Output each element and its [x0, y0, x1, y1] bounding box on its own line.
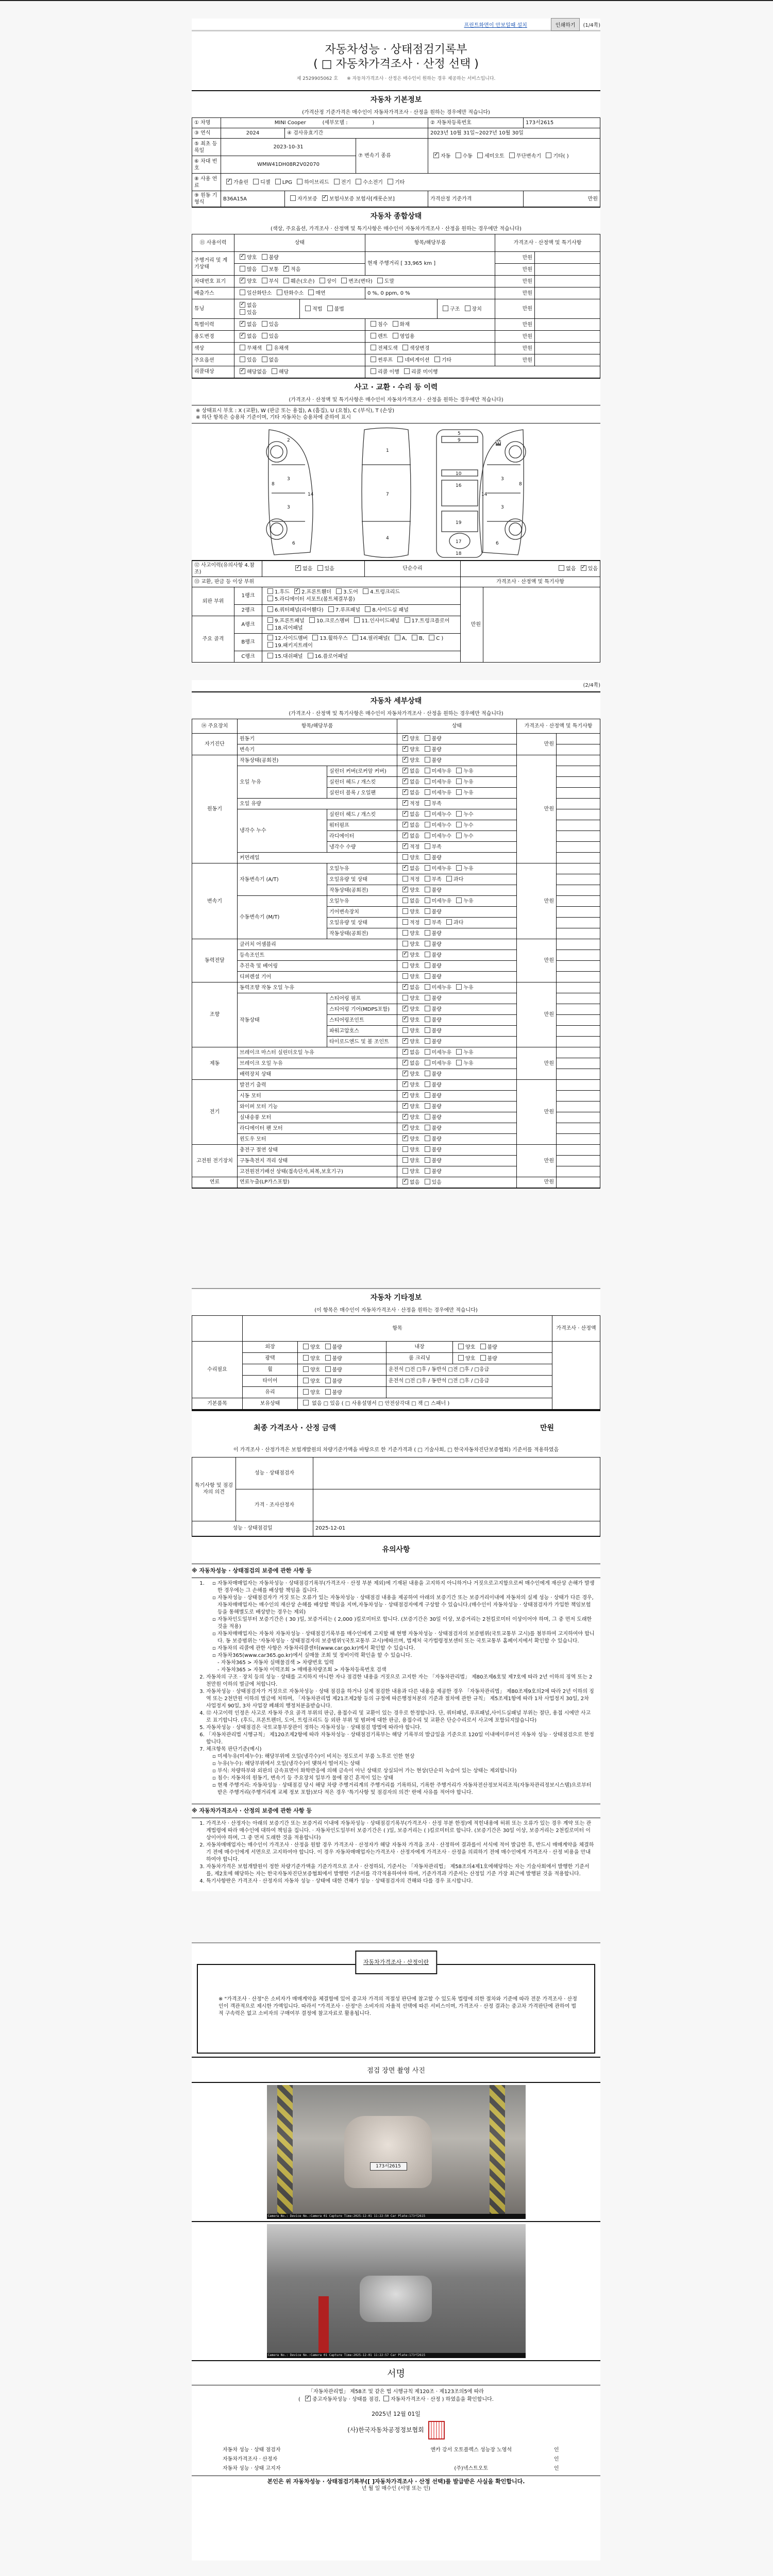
- label-recall: 리콜대상: [192, 366, 234, 378]
- detail-row: 원동기작동상태(공회전)양호 불량 만원: [192, 755, 600, 766]
- option: 누수: [453, 834, 473, 839]
- checkbox-icon: [336, 588, 342, 594]
- option: 불량: [422, 758, 442, 764]
- status-options: 없음 미세누유 누유: [397, 1047, 517, 1058]
- option: 매연: [305, 291, 325, 296]
- mileage-amount-options: 많음 보통 적음: [234, 264, 365, 276]
- option: 유채색: [263, 346, 289, 351]
- option: 적정: [399, 920, 419, 926]
- other-row: 타이어양호 불량 운전석 □전 □후 / 동반석 □전 □후 / □응급: [192, 1376, 600, 1387]
- checkbox-icon: [297, 179, 303, 184]
- checkbox-icon: [303, 1378, 309, 1383]
- checkbox-icon: [425, 789, 430, 795]
- label-first-reg: ⑤ 최초 등록일: [192, 139, 221, 156]
- subpart-label: 작동상태(공회전): [327, 928, 397, 939]
- subpart-label: 작동상태(공회전): [327, 885, 397, 896]
- status-options: 없음 미세누유 누유: [397, 982, 517, 993]
- part-label: 원동기: [238, 734, 397, 744]
- label-usage-change: 용도변경: [192, 331, 234, 343]
- status-options: 없음 미세누유 누유: [397, 896, 517, 907]
- checkbox-icon: [402, 995, 408, 1001]
- checkbox-icon: [402, 1103, 408, 1109]
- legend-line-2: ※ 하단 항목은 승용차 기준이며, 기타 자동차는 승용차에 준하여 표시: [196, 414, 596, 421]
- part-label: 충전구 절연 상태: [238, 1145, 397, 1156]
- print-toolbar: 프린트화면이 안보일때 설치 인쇄하기 (1/4쪽): [192, 19, 600, 30]
- status-options: 양호 불량: [397, 928, 517, 939]
- recall-items: 리콜 이행 리콜 미이행: [365, 366, 600, 378]
- header-price: 가격조사 · 산정액 및 특기사항: [517, 719, 600, 734]
- status-options: 양호 불량: [397, 734, 517, 744]
- label-inspection-date: 성능 · 상태점검일: [192, 1521, 313, 1536]
- status-options: 양호 불량: [397, 744, 517, 755]
- checkbox-icon: [425, 897, 430, 903]
- checkbox-icon: [303, 1389, 309, 1395]
- option: 부식: [259, 279, 279, 284]
- option: 훼손(오손): [280, 279, 314, 284]
- transmission-options: 자동 수동 세미오토 무단변속기 기타( ): [428, 139, 600, 174]
- checkbox-icon: [425, 1125, 430, 1130]
- header-status: 상태: [397, 719, 517, 734]
- checkbox-icon: [402, 962, 408, 968]
- car-name-value: MINI Cooper: [275, 120, 306, 126]
- signature-title: 서명: [192, 2361, 600, 2385]
- checkbox-icon: [402, 973, 408, 979]
- label-color: 색상: [192, 343, 234, 354]
- label-special-history: 특별이력: [192, 319, 234, 331]
- option: 불량: [259, 255, 279, 261]
- checkbox-icon: [402, 908, 408, 914]
- option: 양호: [399, 1169, 419, 1175]
- option: 불량: [422, 1147, 442, 1153]
- option: 세미오토: [474, 154, 505, 159]
- header-item: 항목: [243, 1316, 552, 1342]
- option: 양호: [399, 758, 419, 764]
- checkbox-icon: [456, 865, 462, 871]
- part-label: 윈도우 모터: [238, 1134, 397, 1145]
- detail-table: ⑭ 주요장치 항목/해당부품 상태 가격조사 · 산정액 및 특기사항 자기진단…: [192, 719, 600, 1189]
- warranty-options: 자가보증 보험사보증 보험사[캐롯손보]: [285, 191, 428, 208]
- status-options: 적정 부족: [397, 799, 517, 809]
- part-label: 라디에이터 팬 모터: [238, 1123, 397, 1134]
- print-install-link[interactable]: 프린트화면이 안보일때 설치: [464, 21, 527, 28]
- checkbox-icon: [402, 1157, 408, 1163]
- option: 불량: [322, 1367, 342, 1373]
- part-label: 냉각수 누수: [238, 809, 327, 853]
- checkbox-icon: [402, 843, 408, 849]
- option: 없음: [399, 899, 419, 904]
- option: 불량: [422, 942, 442, 947]
- subpart-label: 실린더 블록 / 오일팬: [327, 788, 397, 799]
- device-group-label: 동력전달: [192, 939, 238, 982]
- checkbox-icon: [240, 321, 245, 327]
- option: 양호: [455, 1345, 475, 1350]
- checkbox-icon: [402, 897, 408, 903]
- svg-text:8: 8: [272, 482, 275, 487]
- notes-section: ※ 자동차성능 · 상태점검의 보증에 관한 사항 등 자동차매매업자는 자동차…: [192, 1562, 600, 1891]
- official-seal-icon: [428, 2421, 445, 2439]
- option: 없음: [399, 823, 419, 828]
- option: 19.패키지트레이: [264, 643, 313, 649]
- option: 불량: [422, 1093, 442, 1099]
- checkbox-icon: [433, 152, 439, 158]
- engine-type-value: B36A15A: [223, 196, 247, 202]
- checkbox-icon: [352, 635, 358, 640]
- note-item: 「자동차관리법 시행규칙」 제120조제2항에 따라 자동차성능 · 상태점검기…: [206, 1732, 595, 1746]
- status-options: 양호 불량: [397, 1091, 517, 1101]
- note-item: 자동차성능 · 상태점검은 국토교통부장관이 정하는 자동차성능 · 상태점검 …: [206, 1724, 595, 1732]
- checkbox-icon: [402, 768, 408, 773]
- recall-options: 해당없음 해당: [234, 366, 365, 378]
- option: 14.필러패널(: [349, 636, 390, 641]
- checkbox-icon: [275, 179, 281, 184]
- option: 양호: [300, 1367, 320, 1373]
- tuning-type-options: 구조 장치: [438, 299, 495, 319]
- checkbox-icon: [425, 822, 430, 827]
- notes-heading-2: ※ 자동차가격조사 · 산정의 보증에 관한 사항 등: [192, 1804, 600, 1818]
- option: 양호: [399, 1007, 419, 1012]
- definition-title: 자동차가격조사 · 산정이란: [355, 1951, 437, 1974]
- rank-group-label: 주요 골격: [192, 616, 234, 662]
- price-unit: 만원: [495, 287, 535, 299]
- option: 불량: [422, 1082, 442, 1088]
- checkbox-icon: [429, 635, 434, 640]
- checkbox-icon: [240, 254, 245, 260]
- option: 미세누수: [422, 834, 452, 839]
- price-unit: 만원: [495, 331, 535, 343]
- option: 양호: [455, 1356, 475, 1362]
- checkbox-icon: [480, 1355, 486, 1361]
- detail-row: 변속기자동변속기 (A/T)오일누유없음 미세누유 누유 만원: [192, 863, 600, 874]
- checkbox-icon: [262, 357, 267, 362]
- option: C ): [426, 636, 443, 641]
- simple-repair-options: 없음 있음: [461, 561, 600, 577]
- label-vin-mark: 차대번호 표기: [192, 276, 234, 287]
- option: 미세누유: [422, 899, 452, 904]
- option: 하이브리드: [294, 180, 329, 185]
- notes-title: 유의사항: [192, 1537, 600, 1562]
- notes-heading-1: ※ 자동차성능 · 상태점검의 보증에 관한 사항 등: [192, 1564, 600, 1578]
- label-engine-type: ⑨ 원동 기형식: [192, 191, 221, 208]
- option: 해당없음: [237, 369, 267, 375]
- checkbox-icon: [262, 321, 267, 327]
- option: 불량: [422, 1007, 442, 1012]
- label-inspector: 성능 · 상태점검자: [236, 1457, 313, 1489]
- main-options-state: 있음 없음: [234, 354, 365, 366]
- signer-name: 엔카 강서 오토플렉스 성능장 노영석: [389, 2446, 554, 2455]
- option: 없음: [237, 322, 257, 328]
- option: 18.리어패널: [264, 625, 303, 631]
- option: 양호: [399, 1126, 419, 1131]
- special-history-options: 없음 있음: [234, 319, 365, 331]
- checkbox-inspection: [305, 2396, 311, 2401]
- part-label: 브레이크 오일 누유: [238, 1058, 397, 1069]
- status-options: 양호 불량: [397, 907, 517, 918]
- option: 보통: [259, 267, 279, 273]
- checkbox-icon: [322, 195, 328, 201]
- checkbox-icon: [371, 333, 376, 338]
- option: 불량: [422, 1115, 442, 1121]
- option: 화재: [390, 322, 410, 328]
- checkbox-icon: [402, 984, 408, 990]
- label-emission: 배출가스: [192, 287, 234, 299]
- checkbox-icon: [402, 811, 408, 817]
- option: 불량: [422, 747, 442, 753]
- option: 2.프론트휀더: [291, 589, 331, 595]
- checkbox-icon: [425, 1081, 430, 1087]
- option: 불량: [422, 953, 442, 958]
- svg-text:3: 3: [501, 477, 504, 482]
- price-note-item: 자동차가격은 보험개발원이 정한 차량기준가액을 기준가격으로 조사 · 산정하…: [206, 1863, 595, 1878]
- option: 있음: [237, 310, 257, 316]
- checkbox-icon: [581, 565, 586, 571]
- other-row: 수리필요외장양호 불량 내장양호 불량: [192, 1342, 600, 1353]
- part-label: 구동축전지 격리 상태: [238, 1156, 397, 1166]
- other-item-label: 내장: [386, 1342, 453, 1353]
- checkbox-icon: [425, 995, 430, 1001]
- subpart-label: 오일유량 및 상태: [327, 874, 397, 885]
- label-mileage: 주행거리 및 계기상태: [192, 252, 234, 276]
- option: 렌트: [367, 334, 388, 340]
- label-abnormal-parts: ⑬ 교환, 판금 등 이상 부위: [192, 577, 461, 587]
- option: 전체도색: [367, 346, 398, 351]
- option: 미세누유: [422, 866, 452, 872]
- option: 있음: [422, 1180, 442, 1185]
- option: 해당: [268, 369, 289, 375]
- checkbox-icon: [425, 1060, 430, 1065]
- checkbox-icon: [402, 1049, 408, 1055]
- checkbox-icon: [425, 1071, 430, 1076]
- rank-label: B랭크: [234, 633, 262, 651]
- option: 양호: [399, 1082, 419, 1088]
- option: 불량: [477, 1345, 497, 1350]
- checkbox-icon: [267, 606, 273, 612]
- svg-text:9: 9: [458, 438, 461, 443]
- checkbox-icon: [458, 1355, 464, 1361]
- rank-label: A랭크: [234, 616, 262, 633]
- doc-number: 제 2529905062 호: [297, 76, 338, 81]
- checkbox-icon: [425, 1092, 430, 1098]
- emission-options: 일산화탄소 탄화수소 매연: [234, 287, 365, 299]
- detail-row: 전기발전기 출력양호 불량 만원: [192, 1080, 600, 1091]
- checkbox-icon: [267, 642, 273, 648]
- checkbox-icon: [425, 1038, 430, 1044]
- other-row: 유리양호 불량: [192, 1387, 600, 1398]
- option: 불량: [422, 1039, 442, 1045]
- header-usage-history: ⑪ 사용이력: [192, 234, 234, 252]
- option: 적정: [399, 801, 419, 807]
- option: 양호: [399, 909, 419, 915]
- svg-text:17: 17: [456, 539, 461, 545]
- checkbox-icon: [425, 833, 430, 838]
- detail-row: 동력전달클러치 어셈블리양호 불량 만원: [192, 939, 600, 950]
- checkbox-icon: [305, 306, 311, 311]
- svg-text:14: 14: [481, 492, 488, 497]
- year-value: 2024: [221, 128, 285, 139]
- checkbox-icon: [402, 345, 408, 350]
- option: 불량: [422, 974, 442, 980]
- option: 양호: [399, 963, 419, 969]
- checkbox-icon: [266, 345, 272, 350]
- checkbox-icon: [303, 1344, 309, 1349]
- checkbox-icon: [443, 306, 448, 311]
- checkbox-icon: [327, 306, 333, 311]
- checkbox-icon: [363, 588, 368, 594]
- checkbox-icon: [425, 1049, 430, 1055]
- mileage-condition-options: 양호 불량: [234, 252, 365, 264]
- signer-role: 자동차 성능 · 상태 점검자: [223, 2446, 389, 2455]
- option: 불량: [422, 1028, 442, 1034]
- svg-text:4: 4: [386, 536, 389, 541]
- subpart-label: 실린더 커버(로커암 커버): [327, 766, 397, 777]
- seal-mark: 인: [554, 2464, 569, 2473]
- signer-role: 자동차가격조사 · 산정자: [223, 2455, 389, 2464]
- option: 영업용: [390, 334, 415, 340]
- part-label: 브레이크 마스터 실린더오일 누유: [238, 1047, 397, 1058]
- checkbox-icon: [425, 919, 430, 925]
- option: 양호: [237, 279, 257, 284]
- option: 없음: [399, 866, 419, 872]
- header-price: 가격조사 · 산정액 및 특기사항: [495, 234, 600, 252]
- detail-model-label: (세부모델 :: [323, 120, 348, 126]
- option: 누유: [453, 790, 473, 796]
- checkbox-icon: [262, 278, 267, 283]
- option: 불량: [422, 1072, 442, 1077]
- tuning-legal-options: 적법 불법: [300, 299, 438, 319]
- label-car-name: ① 차명: [192, 118, 221, 128]
- option: 7.루프패널: [325, 607, 360, 613]
- option: 9.프론트패널: [264, 618, 305, 624]
- option: 변조(변타): [338, 279, 372, 284]
- checkbox-icon: [402, 789, 408, 795]
- status-options: 양호 불량: [397, 961, 517, 972]
- option: 11.인사이드패널: [351, 618, 399, 624]
- note-bullet: 자동차매매업자는 자동차성능 · 상태점검기록부(가격조사 · 산정 부분 제외…: [217, 1580, 595, 1595]
- device-group-label: 제동: [192, 1047, 238, 1080]
- checkbox-icon: [402, 746, 408, 752]
- subpart-label: 파워고압호스: [327, 1026, 397, 1037]
- doc-subtitle: ( □ 자동차가격조사 · 산정 선택 ): [192, 57, 600, 72]
- option: 불법: [324, 307, 344, 312]
- checkbox-icon: [402, 1027, 408, 1033]
- checkbox-icon: [402, 1006, 408, 1011]
- subpart-label: 오일누유: [327, 863, 397, 874]
- label-reg-no: ② 자동차등록번호: [428, 118, 524, 128]
- checkbox-icon: [402, 941, 408, 946]
- checkbox-icon: [317, 565, 323, 571]
- checkbox-icon: [240, 357, 245, 362]
- option: 적정: [399, 844, 419, 850]
- label-main-options: 주요옵션: [192, 354, 234, 366]
- checkbox-icon: [402, 1038, 408, 1044]
- note-item: ⑫ 사고이력 인정은 사고로 자동차 주요 골격 부위의 판금, 용접수리 및 …: [206, 1710, 595, 1724]
- checkbox-icon: [277, 290, 282, 295]
- checkbox-icon: [456, 778, 462, 784]
- checkbox-icon: [309, 617, 315, 623]
- option: 불량: [477, 1356, 497, 1362]
- other-info-table: 항목 가격조사 · 산정액 수리필요외장양호 불량 내장양호 불량 광택양호 불…: [192, 1315, 600, 1410]
- option: 기타( ): [543, 154, 568, 159]
- checkbox-icon: [262, 333, 267, 338]
- status-options: 양호 불량: [397, 993, 517, 1004]
- rank-row: 외판 부위1랭크1.후드 2.프론트휀더 3.도어 4.트렁크리드 5.라디에이…: [192, 587, 600, 604]
- checkbox-icon: [303, 1400, 309, 1405]
- option: 없음: [556, 566, 576, 572]
- option: 리콜 이행: [367, 369, 399, 375]
- note-bullet: 자동차매매업자는 자동차 자동차성능 · 상태점검기록부를 매수인에게 고지할 …: [217, 1631, 595, 1645]
- checkbox-icon: [240, 368, 245, 374]
- status-options: 양호 불량: [397, 1134, 517, 1145]
- part-label: 발전기 출력: [238, 1080, 397, 1091]
- checkbox-icon: [308, 653, 313, 658]
- subpart-label: 오일유량 및 상태: [327, 918, 397, 928]
- header-accident-price: 가격조사 · 산정액 및 특기사항: [461, 577, 600, 587]
- option: 없음: [237, 303, 257, 309]
- checkbox-icon: [240, 278, 245, 283]
- vin-mark-options: 양호 부식 훼손(오손) 상이 변조(변타) 도말: [234, 276, 495, 287]
- status-options: 양호 불량: [397, 1037, 517, 1047]
- status-options: 적정 부족: [397, 842, 517, 853]
- price-unit: 만원: [517, 734, 557, 755]
- checkbox-icon: [425, 984, 430, 990]
- criteria-item: 침수: 자동차의 원동기, 변속기 등 주요장치 일부가 물에 잠긴 흔적이 있…: [217, 1775, 595, 1782]
- checkbox-icon: [240, 290, 245, 295]
- price-unit: 만원: [517, 939, 557, 982]
- checkbox-icon: [425, 854, 430, 860]
- option: 양호: [399, 1115, 419, 1121]
- checkbox-icon: [477, 152, 483, 158]
- header-status: 상태: [234, 234, 365, 252]
- option: 누유: [453, 769, 473, 774]
- option: 양호: [399, 855, 419, 861]
- option: 과다: [443, 877, 463, 883]
- checkbox-icon: [262, 266, 267, 272]
- checkbox-icon: [425, 800, 430, 806]
- status-options: 양호 불량: [397, 1156, 517, 1166]
- option: 수소전기: [352, 180, 383, 185]
- checkbox-icon: [283, 266, 289, 272]
- print-button[interactable]: 인쇄하기: [551, 18, 580, 31]
- checkbox-icon: [425, 1006, 430, 1011]
- status-options: 없음 미세누수 누수: [397, 820, 517, 831]
- status-options: 양호 불량: [397, 755, 517, 766]
- price-unit: 만원: [495, 276, 535, 287]
- checkbox-icon: [425, 1103, 430, 1109]
- status-options: 양호 불량: [397, 1112, 517, 1123]
- checkbox-icon: [325, 1378, 331, 1383]
- option: 부족: [422, 844, 442, 850]
- checkbox-icon: [509, 152, 515, 158]
- checkbox-icon: [402, 854, 408, 860]
- label-repair-needed: 수리필요: [192, 1342, 243, 1398]
- option: A,: [392, 636, 407, 641]
- subpart-label: 스티어링 펌프: [327, 993, 397, 1004]
- part-label: 오일 누유: [238, 766, 327, 799]
- checkbox-icon: [393, 333, 398, 338]
- plate-image: 173서2615: [370, 2162, 407, 2171]
- option: 13.휠하우스: [309, 636, 348, 641]
- part-label: 수동변속기 (M/T): [238, 896, 327, 939]
- status-options: 양호 불량: [397, 1166, 517, 1177]
- photos-title: 점검 장면 촬영 사진: [192, 2057, 600, 2083]
- checkbox-icon: [341, 278, 347, 283]
- confirm-inspection-label: 중고자동차성능 · 상태를 점검,: [312, 2397, 380, 2402]
- checkbox-icon: [446, 876, 452, 882]
- header-item: 항목/해당부품: [365, 234, 495, 252]
- doc-title: 자동차성능 · 상태점검기록부: [192, 43, 600, 57]
- option: 없음: [399, 779, 419, 785]
- part-label: 작동상태: [238, 993, 327, 1047]
- option: 양호: [237, 255, 257, 261]
